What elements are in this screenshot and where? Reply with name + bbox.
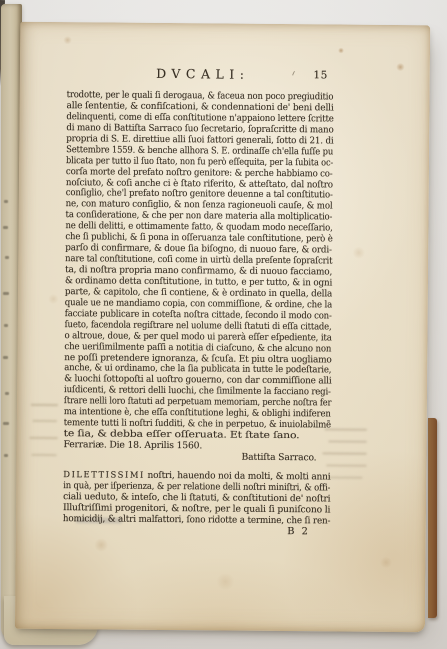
cover-board-edge: [428, 418, 437, 618]
show-through-mark: [325, 428, 367, 430]
show-through-mark: [33, 420, 57, 422]
show-through-mark: [31, 404, 58, 406]
bleed-text-mark: [5, 256, 9, 259]
bleed-text-mark: [3, 226, 8, 229]
foxing-spot: [396, 63, 405, 71]
paragraph-1: trodotte, per le quali ſi derogaua, & fa…: [64, 90, 334, 442]
book-page: DVCALI: 15 trodotte, per le quali ſi der…: [15, 22, 430, 633]
ink-speck: [292, 71, 297, 77]
running-header-title: DVCALI:: [151, 66, 250, 82]
foxing-spot: [215, 573, 235, 589]
show-through-mark: [328, 476, 362, 478]
show-through-mark: [329, 440, 367, 442]
running-header: DVCALI: 15: [67, 65, 334, 83]
foxing-spot: [338, 48, 344, 54]
bleed-text-mark: [4, 454, 8, 457]
text-block: DVCALI: 15 trodotte, per le quali ſi der…: [63, 65, 334, 538]
paragraph-2-lines: in quà, per iſperienza, & per relatione …: [63, 481, 330, 527]
paragraph-2: DILETTISSIMI noſtri, hauendo noi da molt…: [63, 470, 330, 527]
bleed-text-mark: [4, 324, 8, 327]
signature: Battiſta Sarraco.: [63, 451, 330, 464]
text-line: homicidij, & altri malfattori, ſono rido…: [63, 514, 330, 527]
foxing-spot: [94, 538, 109, 551]
page-number: 15: [313, 69, 327, 81]
bleed-text-mark: [3, 422, 9, 425]
show-through-mark: [31, 454, 56, 456]
bleed-text-mark: [4, 200, 8, 203]
bleed-text-mark: [3, 356, 8, 359]
foxing-spot: [63, 36, 72, 44]
text-line: te ſia, & debba eſſer oſſeruata. Et ſtat…: [64, 429, 331, 442]
foxing-spot: [380, 557, 393, 568]
show-through-mark: [30, 437, 58, 439]
book-photo: DVCALI: 15 trodotte, per le quali ſi der…: [0, 0, 447, 649]
bleed-text-mark: [5, 392, 9, 395]
show-through-mark: [326, 464, 366, 466]
foxing-spot: [352, 247, 365, 259]
bleed-text-mark: [3, 292, 9, 295]
foxing-spot: [48, 294, 59, 304]
